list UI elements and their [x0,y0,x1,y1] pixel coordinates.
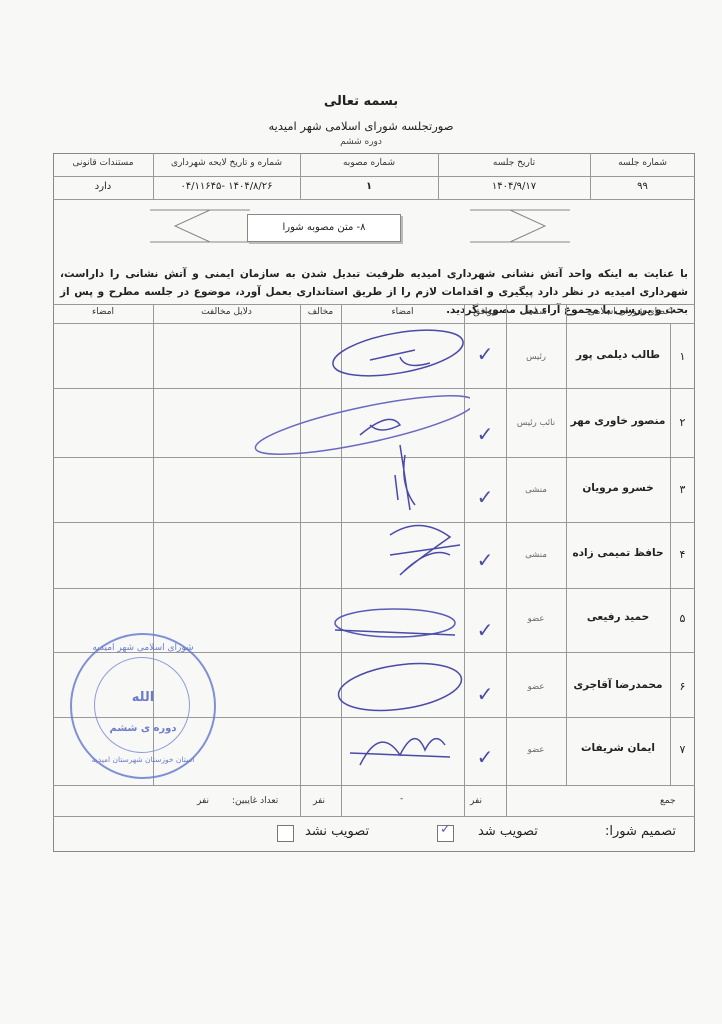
agree-check-icon: ✓ [464,548,506,572]
total-label: جمع [660,796,676,806]
divider [566,304,567,785]
stamp-term-text: دوره ی ششم [72,723,214,734]
header-position: سمت [506,307,566,317]
agree-check-icon: ✓ [464,342,506,366]
member-position: منشی [506,550,566,560]
decision-label: تصمیم شورا: [605,824,676,839]
agree-check-icon: ✓ [464,745,506,769]
absent-unit: نفر [197,796,209,806]
row-number: ۶ [670,680,695,693]
term-label: دوره ششم [0,137,722,147]
stamp-bottom-text: استان خوزستان شهرستان امیدیه [72,755,214,764]
member-name: ایمان شریفات [566,742,670,754]
header-session-number: شماره جلسه [590,158,695,168]
rejected-label: تصویب نشد [305,824,369,839]
agree-check-icon: ✓ [464,422,506,446]
bill-number-date-value: ۱۴۰۴/۸/۲۶ -۰۴/۱۱۶۴۵ [153,181,300,192]
header-members: اعضای شورای اسلامی [566,307,695,317]
stamp-inner-ring [94,657,190,753]
stamp-outer-text: شورای اسلامی شهر امیدیه [72,643,214,653]
resolution-number-value: ۱ [300,181,438,192]
divider [53,785,695,786]
member-name: محمدرضا آقاجری [566,679,670,691]
stamp-emblem-icon: الله [72,690,214,705]
signatures-scribbles [250,325,470,785]
member-position: عضو [506,745,566,755]
document-title: صورتجلسه شورای اسلامی شهر امیدیه [0,119,722,133]
member-position: نائب رئیس [506,418,566,428]
header-resolution-number: شماره مصوبه [300,158,438,168]
absent-label: تعداد غایبین: [232,796,278,806]
divider [53,323,695,324]
section-title: ۸- متن مصوبه شورا [247,214,401,242]
agree-check-icon: ✓ [464,682,506,706]
row-number: ۴ [670,548,695,561]
header-disagree: مخالف [300,307,341,317]
row-number: ۷ [670,743,695,756]
header-session-date: تاریخ جلسه [438,158,590,168]
disagree-total-unit: نفر [313,796,325,806]
member-position: عضو [506,614,566,624]
invocation-heading: بسمه تعالی [0,94,722,109]
member-position: منشی [506,485,566,495]
official-stamp: شورای اسلامی شهر امیدیه الله دوره ی ششم … [70,633,216,779]
header-legal-documents: مستندات قانونی [53,158,153,168]
rejected-checkbox[interactable] [277,825,294,842]
check-icon: ✓ [440,822,451,837]
row-number: ۵ [670,612,695,625]
agree-check-icon: ✓ [464,485,506,509]
divider [506,304,507,816]
divider [53,816,695,817]
divider [53,199,695,200]
row-number: ۱ [670,350,695,363]
row-number: ۳ [670,483,695,496]
approved-label: تصویب شد [478,824,538,839]
header-signature: امضاء [341,307,464,317]
agree-check-icon: ✓ [464,618,506,642]
session-number-value: ۹۹ [590,181,695,192]
header-bill-number-date: شماره و تاریخ لایحه شهرداری [153,158,300,168]
member-name: حمید رفیعی [566,611,670,623]
legal-documents-value: دارد [53,181,153,192]
approved-checkbox[interactable]: ✓ [437,825,454,842]
member-name: منصور خاوری مهر [566,415,670,427]
member-name: حافظ تمیمی زاده [566,547,670,559]
header-signature-2: امضاء [53,307,153,317]
header-reasons: دلایل مخالفت [153,307,300,317]
agree-total-unit: نفر [470,796,482,806]
divider [53,176,695,177]
total-dash: - [400,794,403,804]
member-name: طالب دیلمی پور [566,349,670,361]
divider [53,304,695,305]
member-name: خسرو مرویان [566,482,670,494]
member-position: عضو [506,682,566,692]
member-position: رئیس [506,352,566,362]
row-number: ۲ [670,416,695,429]
header-agree: موافق [464,307,506,317]
session-date-value: ۱۴۰۴/۹/۱۷ [438,181,590,192]
